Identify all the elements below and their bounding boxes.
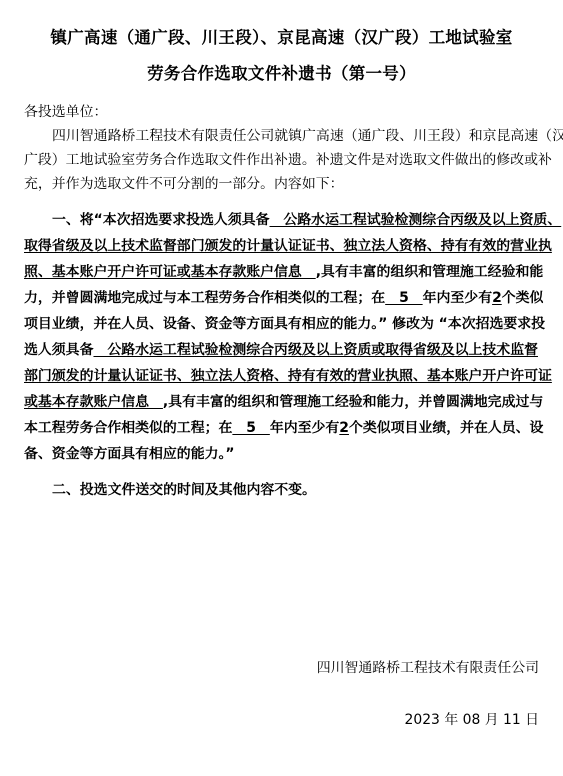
item1-text: 年内至少有: [423, 290, 492, 306]
item1-underlined-text: 或基本存款账户信息: [24, 394, 163, 410]
item1-line-1: 一、将“本次招选要求投选人须具备 公路水运工程试验检测综合丙级及以上资质、: [52, 212, 561, 228]
item1-underlined-text: 公路水运工程试验检测综合丙级及以上资质、: [270, 212, 562, 228]
signature-date: 2023 年 08 月 11 日: [405, 708, 539, 728]
project-count-value: 2: [492, 290, 502, 306]
item1-line-5: 项目业绩，并在人员、设备、资金等方面具有相应的能力。” 修改为 “本次招选要求投: [24, 316, 545, 332]
item1-line-6: 选人须具备 公路水运工程试验检测综合丙级及以上资质或取得省级及以上技术监督: [24, 342, 538, 358]
salutation: 各投选单位：: [24, 104, 107, 120]
intro-line-2: 广段）工地试验室劳务合作选取文件作出补遗。补遗文件是对选取文件做出的修改或补: [24, 152, 552, 168]
item1-text: 个类似项目业绩，并在人员、设: [349, 420, 543, 436]
item1-text: 本工程劳务合作相类似的工程；在: [24, 420, 232, 436]
item1-underlined-text: 公路水运工程试验检测综合丙级及以上资质或取得省级及以上技术监督: [93, 342, 538, 358]
years-value: 5: [385, 290, 422, 306]
item1-line-10: 备、资金等方面具有相应的能力。”: [24, 446, 235, 462]
item1-line-7: 部门颁发的计量认证证书、独立法人资格、持有有效的营业执照、基本账户开户许可证: [24, 368, 552, 384]
item1-text: 个类似: [502, 290, 544, 306]
item1-line-2: 取得省级及以上技术监督部门颁发的计量认证证书、独立法人资格、持有有效的营业执: [24, 238, 552, 254]
item1-line-9: 本工程劳务合作相类似的工程；在 5 年内至少有2个类似项目业绩，并在人员、设: [24, 420, 543, 436]
item1-underlined-text: 照、基本账户开户许可证或基本存款账户信息: [24, 264, 316, 280]
item1-line-8: 或基本存款账户信息 ,具有丰富的组织和管理施工经验和能力，并曾圆满地完成过与: [24, 394, 543, 410]
signature-company: 四川智通路桥工程技术有限责任公司: [317, 656, 539, 676]
years-value: 5: [232, 420, 269, 436]
item1-text: ,具有丰富的组织和管理施工经验和能: [316, 264, 544, 280]
item1-text: ,具有丰富的组织和管理施工经验和能力，并曾圆满地完成过与: [163, 394, 543, 410]
document-title-line-2: 劳务合作选取文件补遗书（第一号）: [0, 60, 563, 84]
item1-text: 选人须具备: [24, 342, 93, 358]
item1-text: 力，并曾圆满地完成过与本工程劳务合作相类似的工程；在: [24, 290, 385, 306]
intro-line-1: 四川智通路桥工程技术有限责任公司就镇广高速（通广段、川王段）和京昆高速（汉: [52, 128, 563, 144]
item1-line-4: 力，并曾圆满地完成过与本工程劳务合作相类似的工程；在 5 年内至少有2个类似: [24, 290, 543, 306]
item1-text: 年内至少有: [270, 420, 339, 436]
document-title-line-1: 镇广高速（通广段、川王段）、京昆高速（汉广段）工地试验室: [0, 24, 563, 48]
item1-line-3: 照、基本账户开户许可证或基本存款账户信息 ,具有丰富的组织和管理施工经验和能: [24, 264, 543, 280]
intro-line-3: 充，并作为选取文件不可分割的一部分。内容如下：: [24, 176, 344, 192]
item1-text: 一、将“本次招选要求投选人须具备: [52, 212, 270, 228]
item-2-paragraph: 二、投选文件送交的时间及其他内容不变。: [52, 482, 316, 498]
project-count-value: 2: [339, 420, 349, 436]
